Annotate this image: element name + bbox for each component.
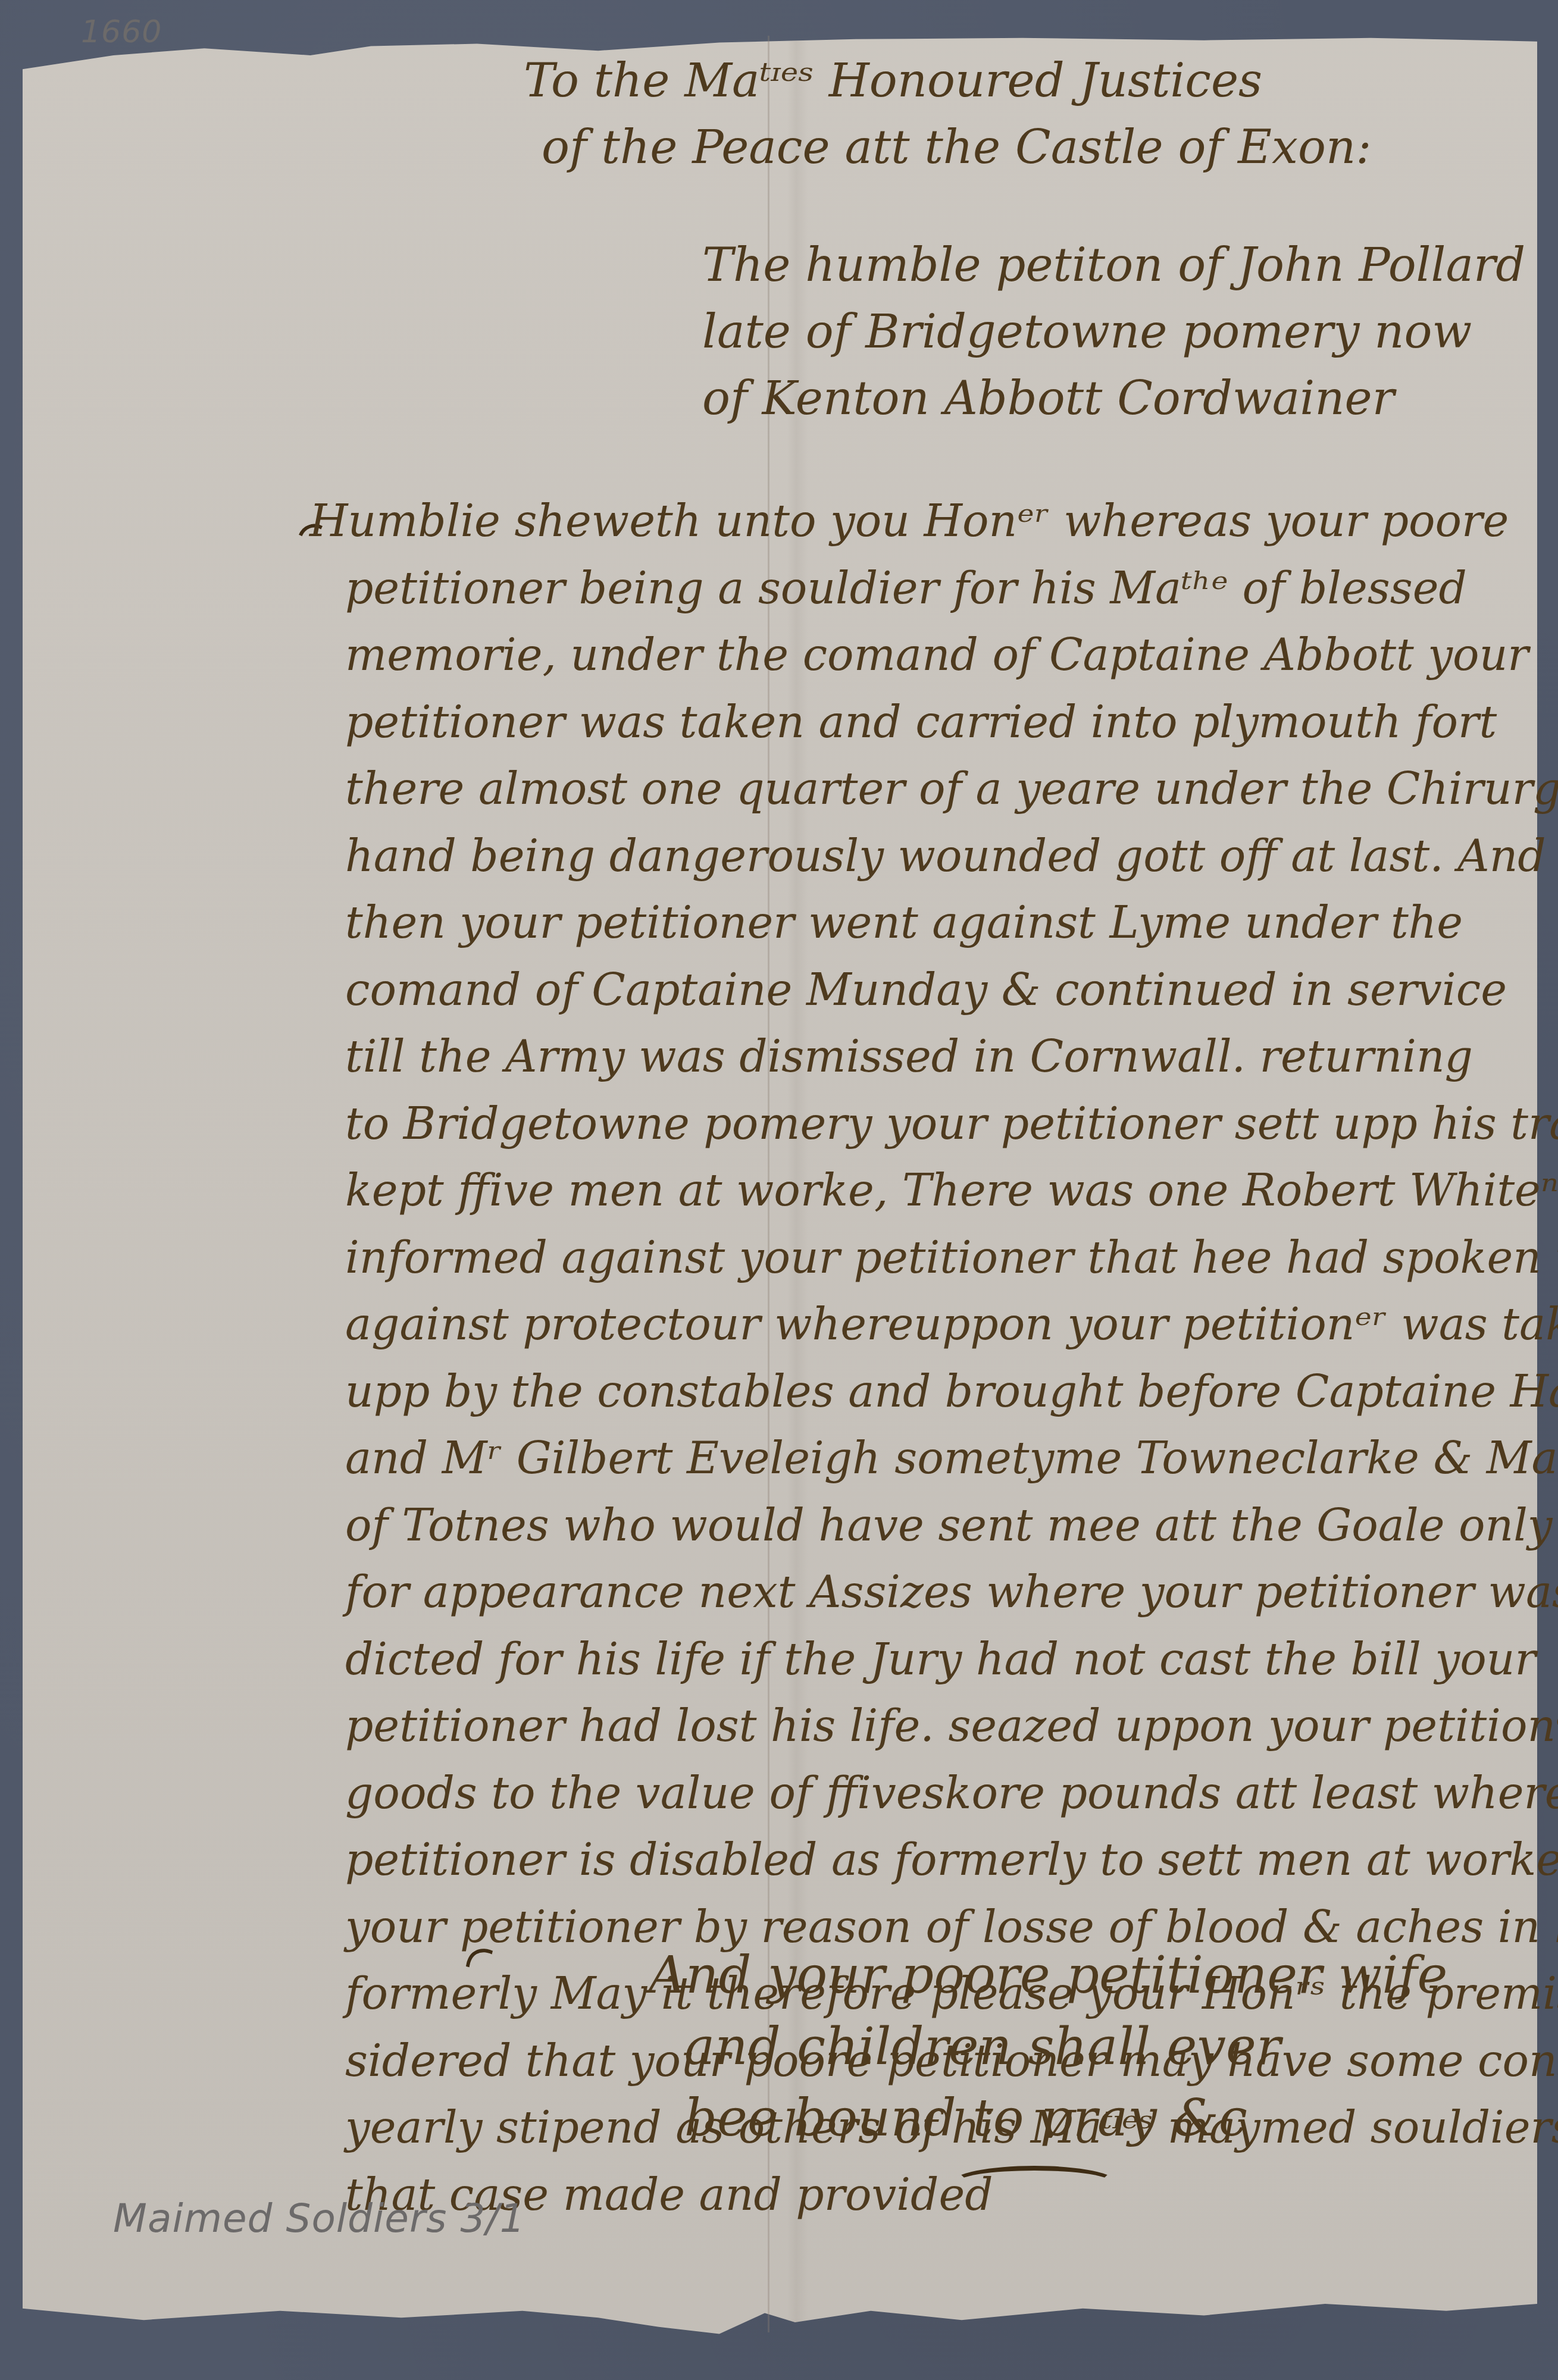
body-line: petitioner was taken and carried into pl… [309,689,1500,756]
petitioner-line: of Kenton Abbott Cordwainer [702,365,1525,432]
signature-flourish-ornament [952,2166,1116,2199]
petitioner-line: late of Bridgetowne pomery now [702,299,1525,365]
body-line: kept ffive men at worke, There was one R… [309,1157,1500,1225]
body-line: till the Army was dismissed in Cornwall.… [309,1023,1500,1091]
body-line: memorie, under the comand of Captaine Ab… [309,622,1500,689]
closing-line: And your poore petitioner wife [649,1940,1447,2011]
body-line: Humblie sheweth unto you Honᵉʳ whereas y… [309,488,1500,555]
body-line: petitioner had lost his life. seazed upp… [309,1693,1500,1760]
body-line: upp by the constables and brought before… [309,1358,1500,1426]
body-line: for appearance next Assizes where your p… [309,1559,1500,1626]
closing-line: bee bound to pray &c [649,2082,1447,2154]
body-line: and Mʳ Gilbert Eveleigh sometyme Townecl… [309,1425,1500,1492]
body-line: against protectour whereuppon your petit… [309,1291,1500,1358]
address-line: To the Maᵗᶦᵉˢ Honoured Justices [524,48,1371,114]
body-line: informed against your petitioner that he… [309,1225,1500,1292]
closing-formula: And your poore petitioner wife and child… [649,1940,1447,2154]
closing-line: and children shall ever [649,2011,1447,2082]
body-line: petitioner is disabled as formerly to se… [309,1827,1500,1894]
address-block: To the Maᵗᶦᵉˢ Honoured Justices of the P… [524,48,1371,181]
body-line: petitioner being a souldier for his Maᵗʰ… [309,555,1500,622]
body-line: there almost one quarter of a yeare unde… [309,756,1500,823]
body-line: to Bridgetowne pomery your petitioner se… [309,1091,1500,1158]
petitioner-heading: The humble petiton of John Pollard late … [702,232,1525,432]
address-line: of the Peace att the Castle of Exon: [524,114,1371,181]
body-line: of Totnes who would have sent mee att th… [309,1492,1500,1559]
body-line: hand being dangerously wounded gott off … [309,823,1500,890]
body-line: then your petitioner went against Lyme u… [309,890,1500,957]
body-line: dicted for his life if the Jury had not … [309,1626,1500,1693]
petitioner-line: The humble petiton of John Pollard [702,232,1525,299]
archival-date-annotation: 1660 [81,14,162,50]
archival-reference-annotation: Maimed Soldiers 3/1 [113,2196,525,2241]
body-line: comand of Captaine Munday & continued in… [309,957,1500,1024]
body-line: goods to the value of ffiveskore pounds … [309,1760,1500,1827]
